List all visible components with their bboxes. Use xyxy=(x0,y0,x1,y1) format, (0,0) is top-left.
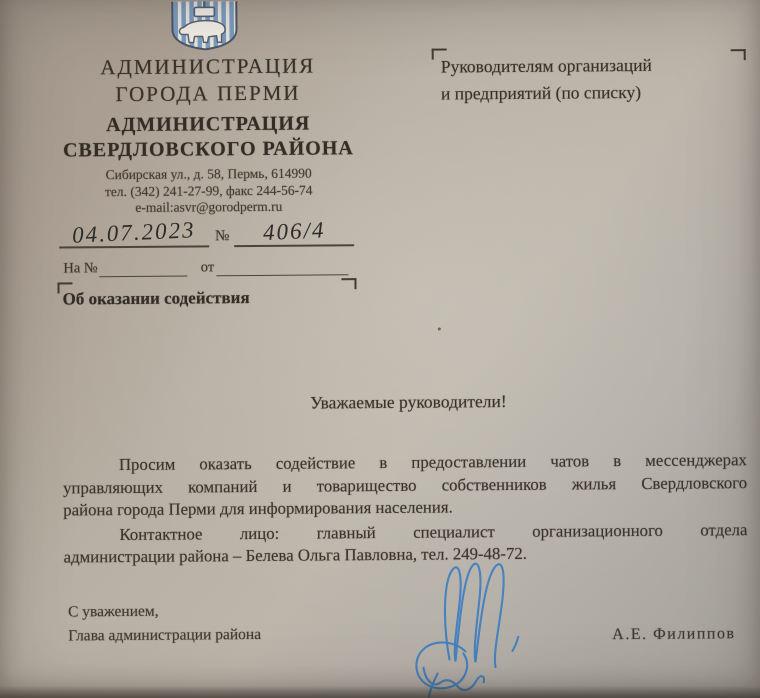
body-line: района города Перми для информирования н… xyxy=(63,494,747,522)
reply-reference-row: На № от xyxy=(63,258,363,277)
reply-from-label: от xyxy=(201,259,215,276)
contact-block: Сибирская ул., д. 58, Пермь, 614990 тел.… xyxy=(39,165,379,217)
reply-number-label: На № xyxy=(63,260,98,277)
signer-title: Глава администрации района xyxy=(68,626,261,646)
recipient-corner-right-mark xyxy=(731,49,746,60)
recipient-block: Руководителям организаций и предприятий … xyxy=(441,52,653,108)
reply-date-blank xyxy=(216,258,348,276)
closing-phrase: С уважением, xyxy=(68,603,159,622)
org-name-line1: АДМИНИСТРАЦИЯ xyxy=(38,52,378,82)
signer-name: А.Е. Филиппов xyxy=(612,625,735,644)
date-field: 04.07.2023 xyxy=(59,219,209,248)
letter-sheet: АДМИНИСТРАЦИЯ ГОРОДА ПЕРМИ АДМИНИСТРАЦИЯ… xyxy=(0,0,760,698)
recipient-line1: Руководителям организаций xyxy=(441,52,652,81)
dept-name-line2: СВЕРДЛОВСКОГО РАЙОНА xyxy=(38,136,378,164)
perm-coat-of-arms-icon xyxy=(169,1,239,51)
date-number-row: 04.07.2023 № 406/4 xyxy=(59,218,361,248)
handwritten-date: 04.07.2023 xyxy=(72,217,197,249)
subject-line: Об оказании содействия xyxy=(63,288,250,309)
handwritten-signature-icon xyxy=(407,555,553,698)
reply-number-blank xyxy=(100,260,188,278)
department-name: АДМИНИСТРАЦИЯ СВЕРДЛОВСКОГО РАЙОНА xyxy=(38,111,378,164)
number-sign: № xyxy=(215,228,229,245)
recipient-line2: и предприятий (по списку) xyxy=(441,79,652,108)
body-line: администрации района – Белева Ольга Павл… xyxy=(64,541,748,569)
scanned-letter-page: АДМИНИСТРАЦИЯ ГОРОДА ПЕРМИ АДМИНИСТРАЦИЯ… xyxy=(0,0,760,698)
dept-name-line1: АДМИНИСТРАЦИЯ xyxy=(38,111,378,139)
letter-body: Просим оказать содействие в предоставлен… xyxy=(63,449,748,569)
org-name-line2: ГОРОДА ПЕРМИ xyxy=(38,79,378,109)
letterhead: АДМИНИСТРАЦИЯ ГОРОДА ПЕРМИ АДМИНИСТРАЦИЯ… xyxy=(38,52,379,217)
salutation: Уважаемые руководители! xyxy=(62,389,754,415)
email-address: e-mail:asvr@gorodperm.ru xyxy=(39,198,379,217)
subject-corner-right-mark xyxy=(341,278,356,289)
handwritten-number: 406/4 xyxy=(263,217,327,246)
dust-speck xyxy=(438,328,441,331)
number-field: 406/4 xyxy=(234,218,354,247)
